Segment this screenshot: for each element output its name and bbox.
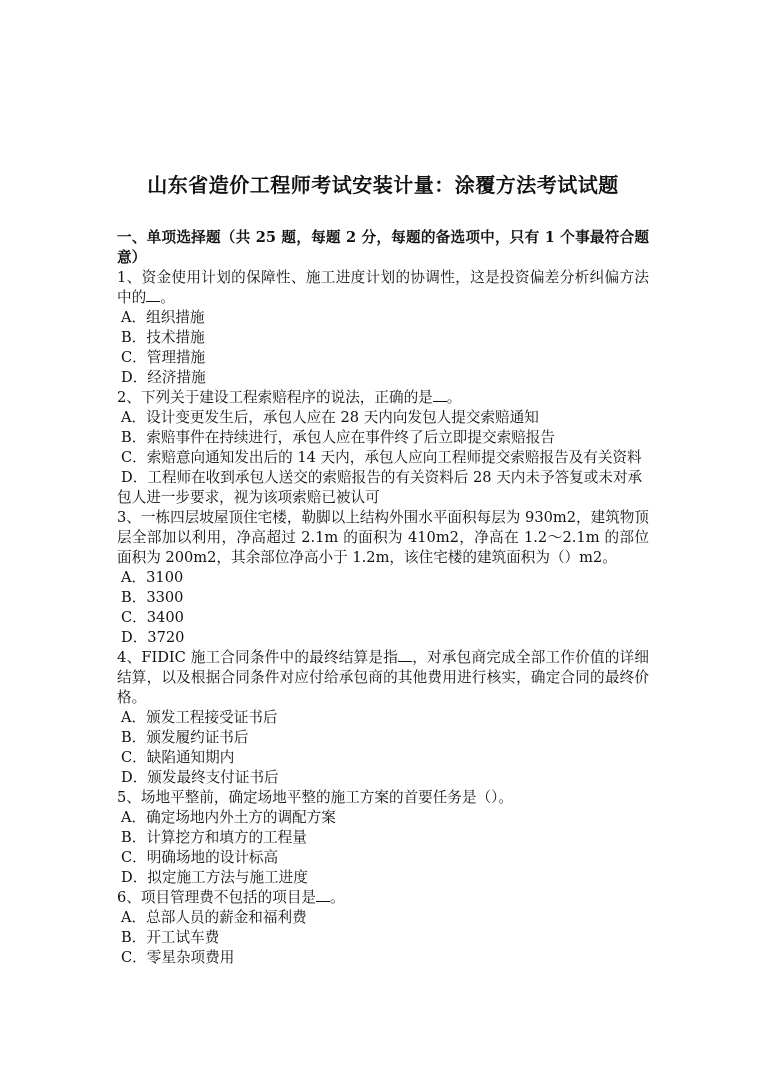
option-d: D．经济措施: [117, 368, 649, 388]
option-a: A．确定场地内外土方的调配方案: [117, 808, 649, 828]
option-b: B．索赔事件在持续进行，承包人应在事件终了后立即提交索赔报告: [117, 428, 649, 448]
question-number: 2、: [117, 389, 141, 406]
answer-blank: [146, 289, 160, 302]
option-b: B．技术措施: [117, 328, 649, 348]
option-c: C．明确场地的设计标高: [117, 848, 649, 868]
option-a: A．总部人员的薪金和福利费: [117, 908, 649, 928]
option-b: B．3300: [117, 588, 649, 608]
stem-text-after: 。: [447, 389, 462, 406]
question-number: 6、: [117, 889, 141, 906]
question-stem: 1、资金使用计划的保障性、施工进度计划的协调性，这是投资偏差分析纠偏方法中的。: [117, 268, 649, 308]
answer-blank: [433, 389, 447, 402]
stem-text-after: 。: [330, 889, 345, 906]
option-a: A．设计变更发生后，承包人应在 28 天内向发包人提交索赔通知: [117, 408, 649, 428]
option-a: A．组织措施: [117, 308, 649, 328]
option-c: C．管理措施: [117, 348, 649, 368]
question-3: 3、一栋四层坡屋顶住宅楼，勒脚以上结构外围水平面积每层为 930m2，建筑物顶层…: [117, 508, 649, 648]
document-body: 一、单项选择题（共 25 题，每题 2 分，每题的备选项中，只有 1 个事最符合…: [117, 228, 649, 968]
option-d: D．工程师在收到承包人送交的索赔报告的有关资料后 28 天内未予答复或未对承包人…: [117, 468, 649, 508]
question-stem: 6、项目管理费不包括的项目是。: [117, 888, 649, 908]
stem-text-after: 。: [160, 289, 175, 306]
option-d: D．颁发最终支付证书后: [117, 768, 649, 788]
answer-blank: [398, 649, 412, 662]
option-c: C．3400: [117, 608, 649, 628]
question-5: 5、场地平整前，确定场地平整的施工方案的首要任务是（）。 A．确定场地内外土方的…: [117, 788, 649, 888]
option-c: C．缺陷通知期内: [117, 748, 649, 768]
option-b: B．开工试车费: [117, 928, 649, 948]
question-4: 4、FIDIC 施工合同条件中的最终结算是指，对承包商完成全部工作价值的详细结算…: [117, 648, 649, 788]
option-c: C．索赔意向通知发出后的 14 天内，承包人应向工程师提交索赔报告及有关资料: [117, 448, 649, 468]
section-heading: 一、单项选择题（共 25 题，每题 2 分，每题的备选项中，只有 1 个事最符合…: [117, 228, 649, 268]
question-6: 6、项目管理费不包括的项目是。 A．总部人员的薪金和福利费 B．开工试车费 C．…: [117, 888, 649, 968]
question-stem: 3、一栋四层坡屋顶住宅楼，勒脚以上结构外围水平面积每层为 930m2，建筑物顶层…: [117, 508, 649, 568]
question-number: 1、: [117, 269, 142, 286]
question-2: 2、下列关于建设工程索赔程序的说法，正确的是。 A．设计变更发生后，承包人应在 …: [117, 388, 649, 508]
stem-text: FIDIC 施工合同条件中的最终结算是指: [141, 649, 398, 666]
option-d: D．3720: [117, 628, 649, 648]
question-number: 3、: [117, 509, 141, 526]
question-stem: 5、场地平整前，确定场地平整的施工方案的首要任务是（）。: [117, 788, 649, 808]
question-stem: 2、下列关于建设工程索赔程序的说法，正确的是。: [117, 388, 649, 408]
question-stem: 4、FIDIC 施工合同条件中的最终结算是指，对承包商完成全部工作价值的详细结算…: [117, 648, 649, 708]
stem-text: 下列关于建设工程索赔程序的说法，正确的是: [141, 389, 433, 406]
stem-text: 一栋四层坡屋顶住宅楼，勒脚以上结构外围水平面积每层为 930m2，建筑物顶层全部…: [117, 509, 649, 566]
stem-text: 资金使用计划的保障性、施工进度计划的协调性，这是投资偏差分析纠偏方法中的: [117, 269, 649, 306]
document-title: 山东省造价工程师考试安装计量：涂覆方法考试试题: [117, 171, 649, 199]
question-number: 5、: [117, 789, 141, 806]
option-c: C．零星杂项费用: [117, 948, 649, 968]
option-d: D．拟定施工方法与施工进度: [117, 868, 649, 888]
option-a: A．颁发工程接受证书后: [117, 708, 649, 728]
answer-blank: [316, 889, 330, 902]
question-1: 1、资金使用计划的保障性、施工进度计划的协调性，这是投资偏差分析纠偏方法中的。 …: [117, 268, 649, 388]
question-number: 4、: [117, 649, 141, 666]
option-a: A．3100: [117, 568, 649, 588]
stem-text: 场地平整前，确定场地平整的施工方案的首要任务是（）。: [141, 789, 513, 806]
option-b: B．计算挖方和填方的工程量: [117, 828, 649, 848]
option-b: B．颁发履约证书后: [117, 728, 649, 748]
stem-text: 项目管理费不包括的项目是: [141, 889, 316, 906]
